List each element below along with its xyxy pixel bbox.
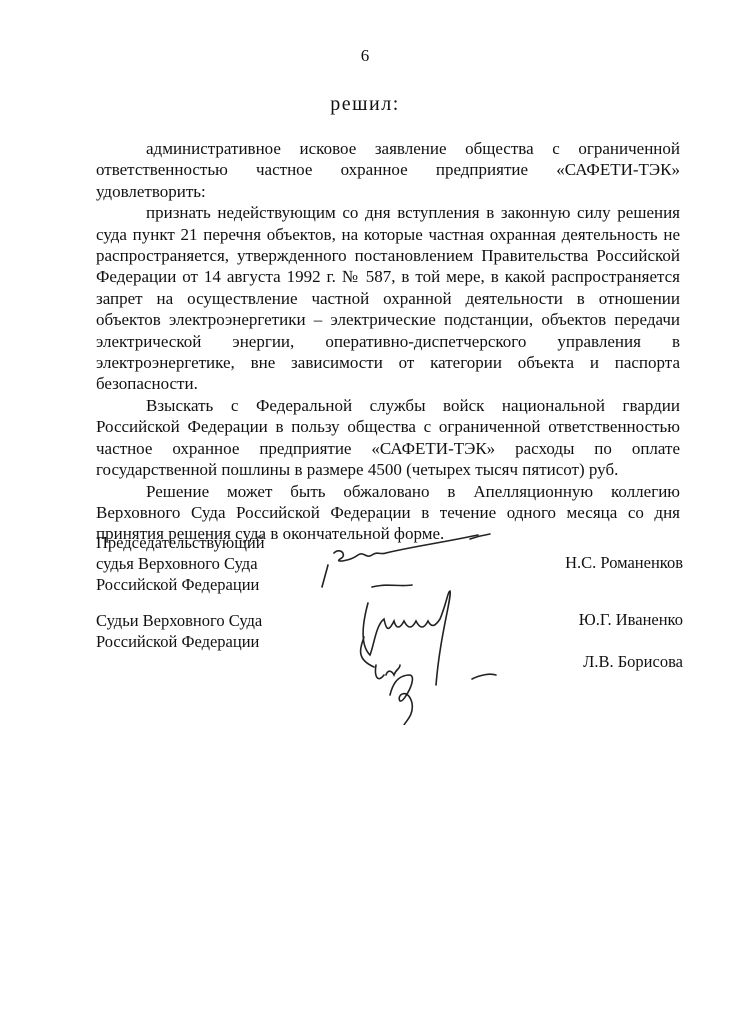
presiding-judge-title: Председательствующий судья Верховного Су… [96,532,265,595]
handwritten-signatures [300,525,520,725]
title-line: Председательствующий [96,532,265,553]
judge-name-borisova: Л.В. Борисова [583,652,683,672]
page-number: 6 [0,46,730,66]
title-line: Судьи Верховного Суда [96,610,262,631]
judge-name-ivanenko: Ю.Г. Иваненко [579,610,683,630]
title-line: Российской Федерации [96,574,265,595]
decision-heading: решил: [0,93,730,116]
paragraph-declare-invalid: признать недействующим со дня вступления… [96,202,680,395]
judges-title: Судьи Верховного Суда Российской Федерац… [96,610,262,652]
title-line: судья Верховного Суда [96,553,265,574]
presiding-judge-name: Н.С. Романенков [565,553,683,573]
paragraph-recover-costs: Взыскать с Федеральной службы войск наци… [96,395,680,481]
title-line: Российской Федерации [96,631,262,652]
decision-body: административное исковое заявление общес… [96,138,680,545]
paragraph-satisfy-claim: административное исковое заявление общес… [96,138,680,202]
